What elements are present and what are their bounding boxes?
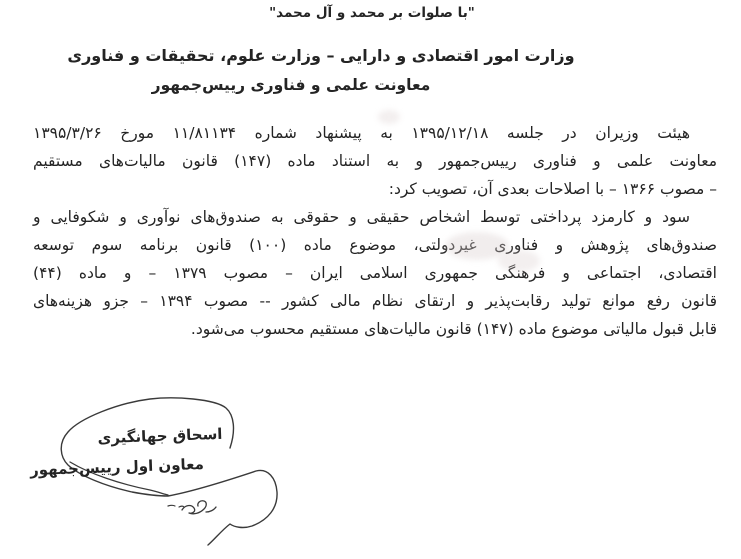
blessing-line: "با صلوات بر محمد و آل محمد": [269, 5, 475, 21]
body-line: قانون رفع موانع تولید رقابت‌پذیر و ارتقا…: [33, 287, 717, 315]
decree-document-page: "با صلوات بر محمد و آل محمد" وزارت امور …: [0, 0, 741, 559]
body-line: – مصوب ۱۳۶۶ – با اصلاحات بعدی آن، تصویب …: [33, 175, 717, 203]
body-line: اقتصادی، اجتماعی و فرهنگی جمهوری اسلامی …: [33, 259, 717, 287]
body-line: معاونت علمی و فناوری رییس‌جمهور و به است…: [33, 147, 717, 175]
body-line: هیئت وزیران در جلسه ۱۳۹۵/۱۲/۱۸ به پیشنها…: [33, 119, 717, 147]
body-line: صندوق‌های پژوهش و فناوری غیردولتی، موضوع…: [33, 231, 717, 259]
department-line: معاونت علمی و فناوری رییس‌جمهور: [152, 76, 431, 94]
body-line: قابل قبول مالیاتی موضوع ماده (۱۴۷) قانون…: [33, 315, 717, 343]
addressee-ministries-line: وزارت امور اقتصادی و دارایی – وزارت علوم…: [67, 46, 574, 65]
signature-scribble: [182, 501, 216, 514]
signature-scribble: [168, 505, 184, 507]
decree-body: هیئت وزیران در جلسه ۱۳۹۵/۱۲/۱۸ به پیشنها…: [33, 119, 717, 343]
body-line: سود و کارمزد پرداختی توسط اشخاص حقیقی و …: [33, 203, 717, 231]
